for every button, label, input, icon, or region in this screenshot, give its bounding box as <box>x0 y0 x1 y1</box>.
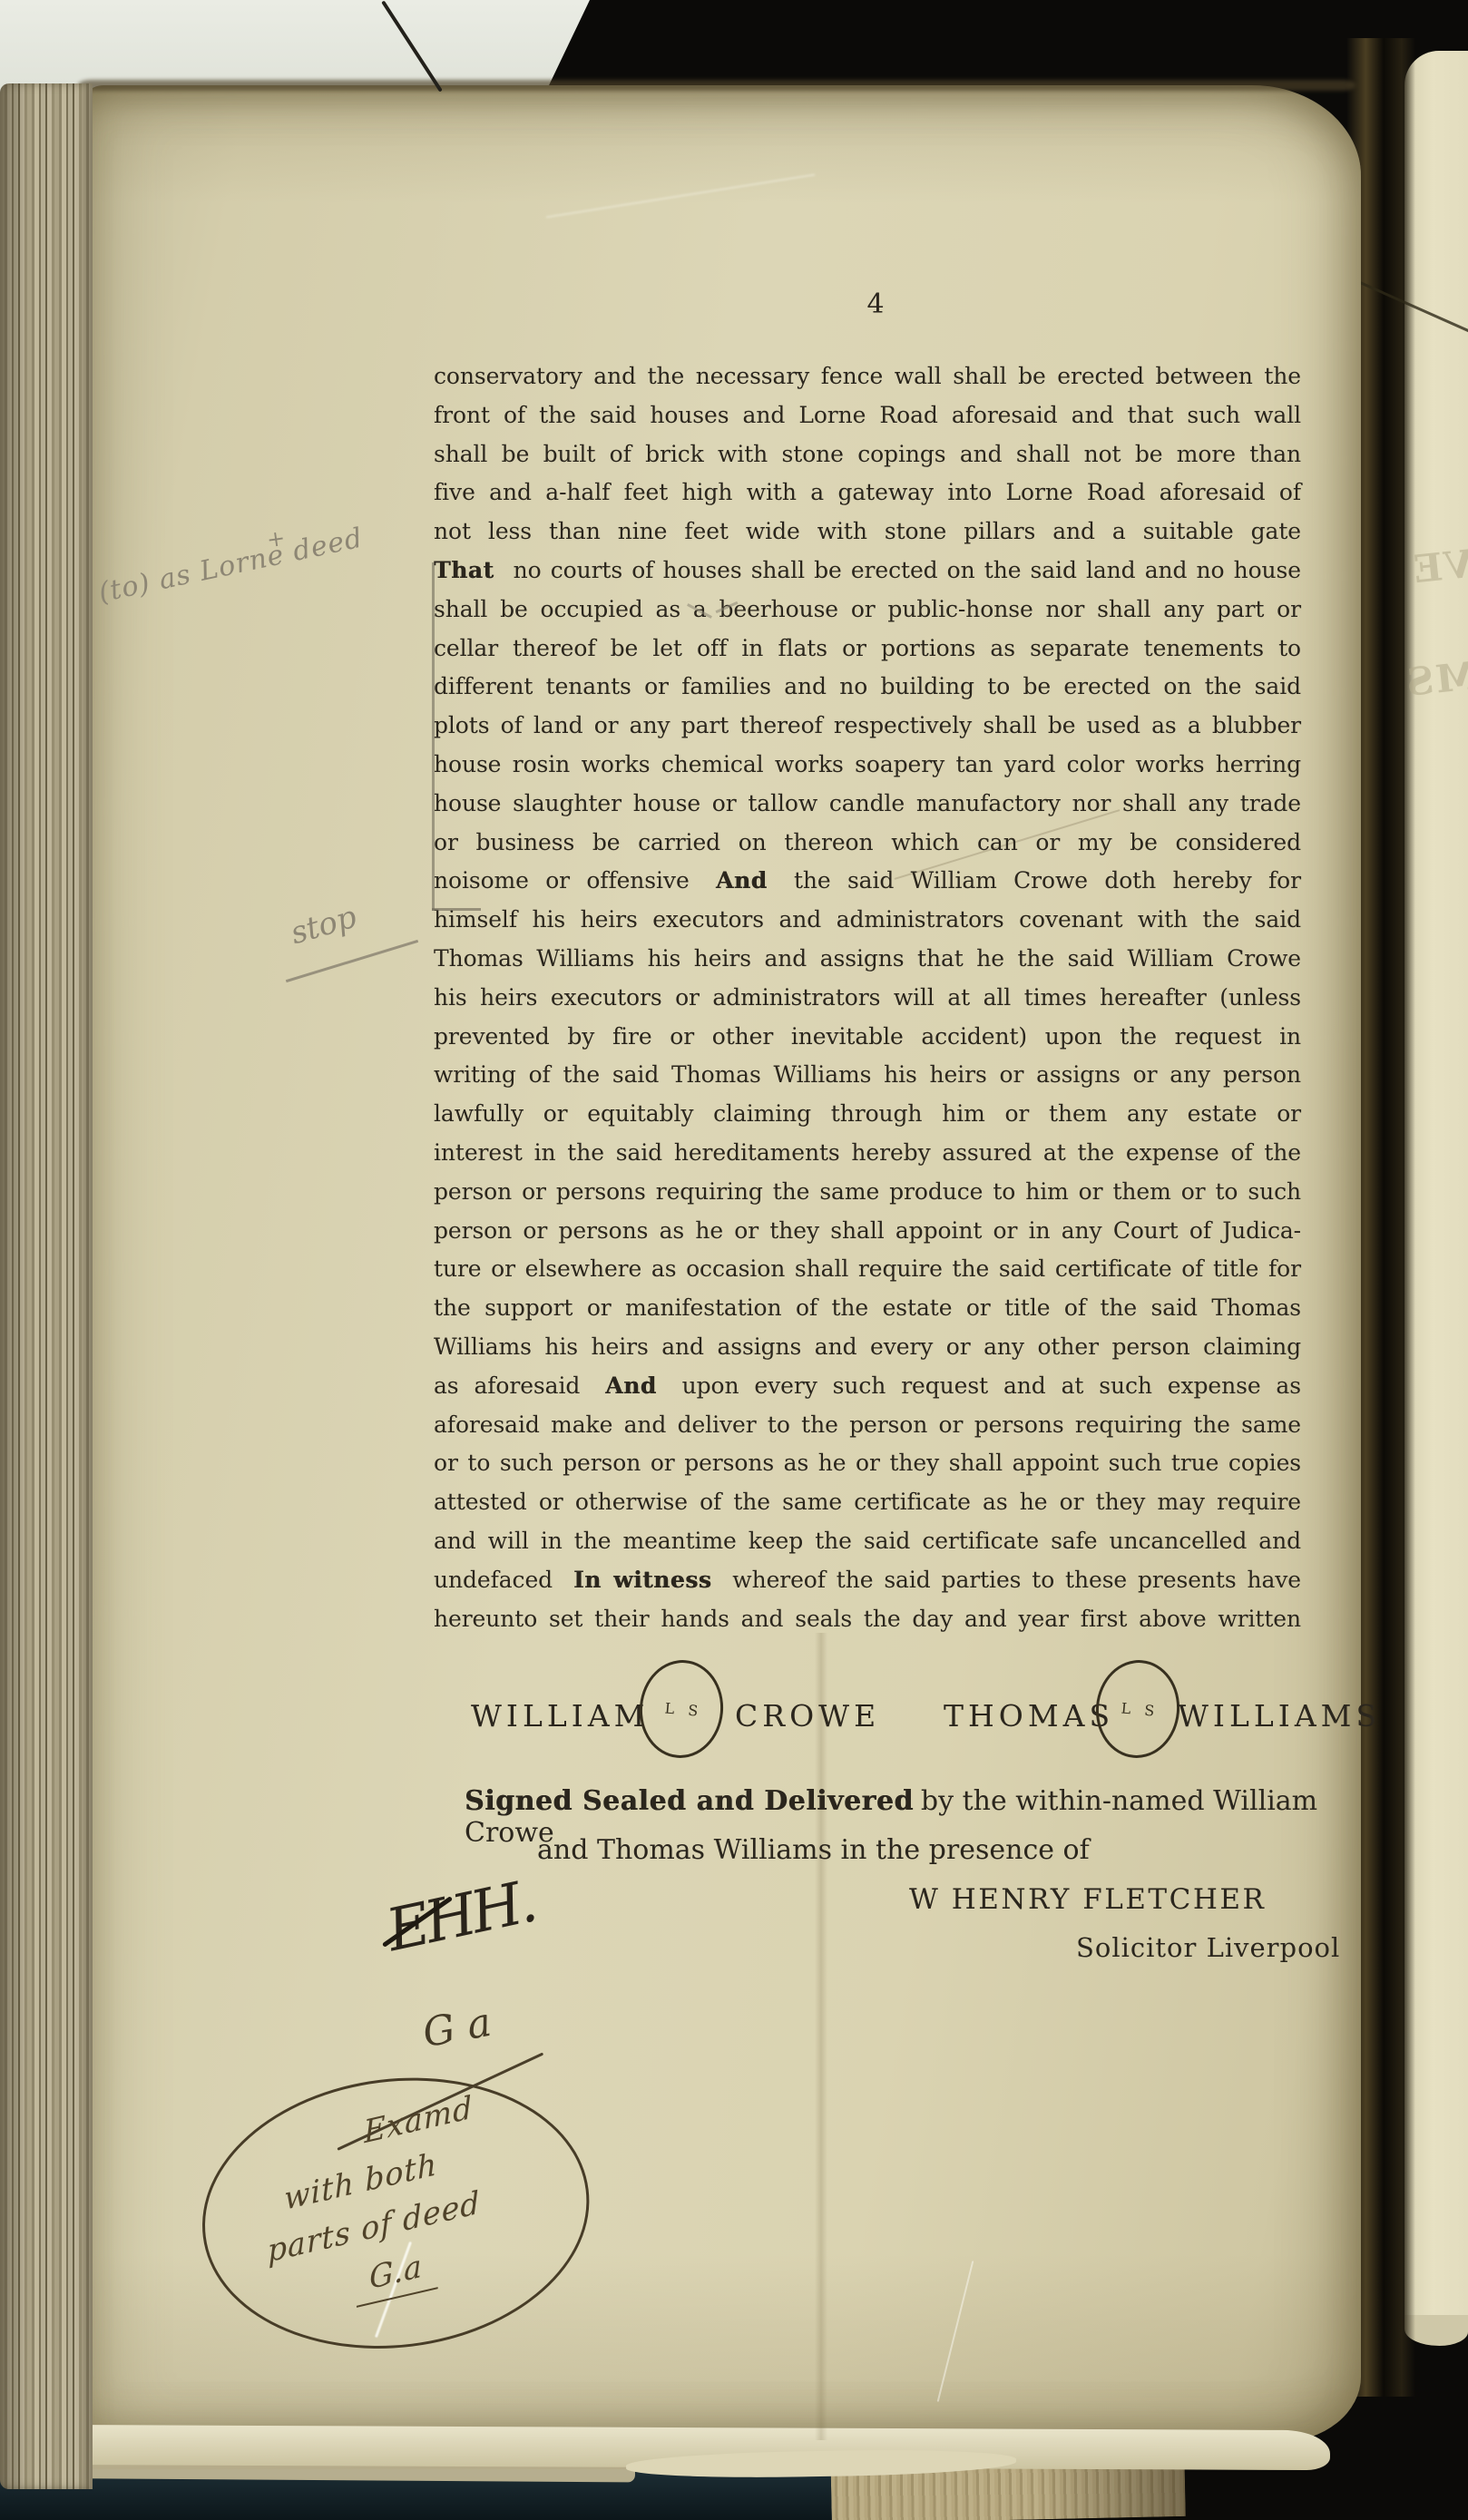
signature-grantee-last: WILLIAMS <box>1178 1698 1381 1734</box>
deed-text-line: Thomas Williams his heirs and assigns th… <box>434 940 1301 979</box>
seal-label: L S <box>1116 1699 1160 1720</box>
deed-text-line: interest in the said hereditaments hereb… <box>434 1134 1301 1173</box>
signature-grantee-first: THOMAS <box>944 1698 1114 1734</box>
witness-name: W HENRY FLETCHER <box>909 1883 1266 1916</box>
deed-text-line: shall be occupied as a beerhouse or publ… <box>434 591 1301 630</box>
deed-text-line: lawfully or equitably claiming through h… <box>434 1095 1301 1134</box>
deed-text-line: hereunto set their hands and seals the d… <box>434 1600 1301 1639</box>
deed-text-line: aforesaid make and deliver to the person… <box>434 1406 1301 1445</box>
ink-bleedthrough-text: VE <box>1410 542 1468 592</box>
seal-label: L S <box>660 1699 703 1720</box>
deed-text-line: or to such person or persons as he or th… <box>434 1444 1301 1483</box>
deed-text-line: not less than nine feet wide with stone … <box>434 513 1301 552</box>
page-number: 4 <box>855 288 896 320</box>
deed-text-line: plots of land or any part thereof respec… <box>434 707 1301 746</box>
deed-text-line: person or persons as he or they shall ap… <box>434 1212 1301 1251</box>
deed-text-line: conservatory and the necessary fence wal… <box>434 357 1301 396</box>
deed-text-line: as aforesaid And upon every such request… <box>434 1367 1301 1406</box>
ink-bleedthrough-text: MS <box>1403 653 1468 705</box>
attestation-blackletter: Signed Sealed and Delivered <box>465 1785 914 1817</box>
deed-text-line: noisome or offensive And the said Willia… <box>434 862 1301 901</box>
deed-text-line: his heirs executors or administrators wi… <box>434 979 1301 1018</box>
deed-text-line: house rosin works chemical works soapery… <box>434 746 1301 785</box>
pencil-margin-line-foot <box>432 908 481 911</box>
deed-text-line: writing of the said Thomas Williams his … <box>434 1056 1301 1095</box>
deed-text-line: person or persons requiring the same pro… <box>434 1173 1301 1212</box>
deed-text-line: the support or manifestation of the esta… <box>434 1289 1301 1328</box>
deed-body-text: conservatory and the necessary fence wal… <box>434 357 1301 1638</box>
book-page-edges <box>0 83 93 2489</box>
deed-text-line: and will in the meantime keep the said c… <box>434 1522 1301 1561</box>
deed-text-line: shall be built of brick with stone copin… <box>434 435 1301 474</box>
scanned-deed-photo: { "page": { "number": "4" }, "deed_text"… <box>0 0 1468 2520</box>
deed-text-line: front of the said houses and Lorne Road … <box>434 396 1301 435</box>
deed-text-line: ture or elsewhere as occasion shall requ… <box>434 1250 1301 1289</box>
deed-text-line: himself his heirs executors and administ… <box>434 901 1301 940</box>
witness-title: Solicitor Liverpool <box>1076 1932 1340 1963</box>
deed-text-line: five and a-half feet high with a gateway… <box>434 474 1301 513</box>
deed-text-line: cellar thereof be let off in flats or po… <box>434 630 1301 669</box>
deed-text-line: undefaced In witness whereof the said pa… <box>434 1561 1301 1600</box>
deed-text-line: or business be carried on thereon which … <box>434 824 1301 863</box>
attestation-line-2: and Thomas Williams in the presence of <box>537 1834 1090 1866</box>
pencil-margin-line <box>432 562 435 911</box>
deed-text-line: That no courts of houses shall be erecte… <box>434 552 1301 591</box>
signature-grantor-last: CROWE <box>735 1698 880 1734</box>
deed-text-line: different tenants or families and no bui… <box>434 668 1301 707</box>
deed-text-line: attested or otherwise of the same certif… <box>434 1483 1301 1522</box>
examination-oval-stamp: Examd with both parts of deed G.a <box>192 2066 592 2356</box>
paper-fold <box>815 1633 827 2440</box>
page-top-edge <box>78 80 1355 91</box>
deed-text-line: prevented by fire or other inevitable ac… <box>434 1018 1301 1057</box>
signature-grantor-first: WILLIAM <box>471 1698 649 1734</box>
deed-text-line: Williams his heirs and assigns and every… <box>434 1328 1301 1367</box>
deed-text-line: house slaughter house or tallow candle m… <box>434 785 1301 824</box>
